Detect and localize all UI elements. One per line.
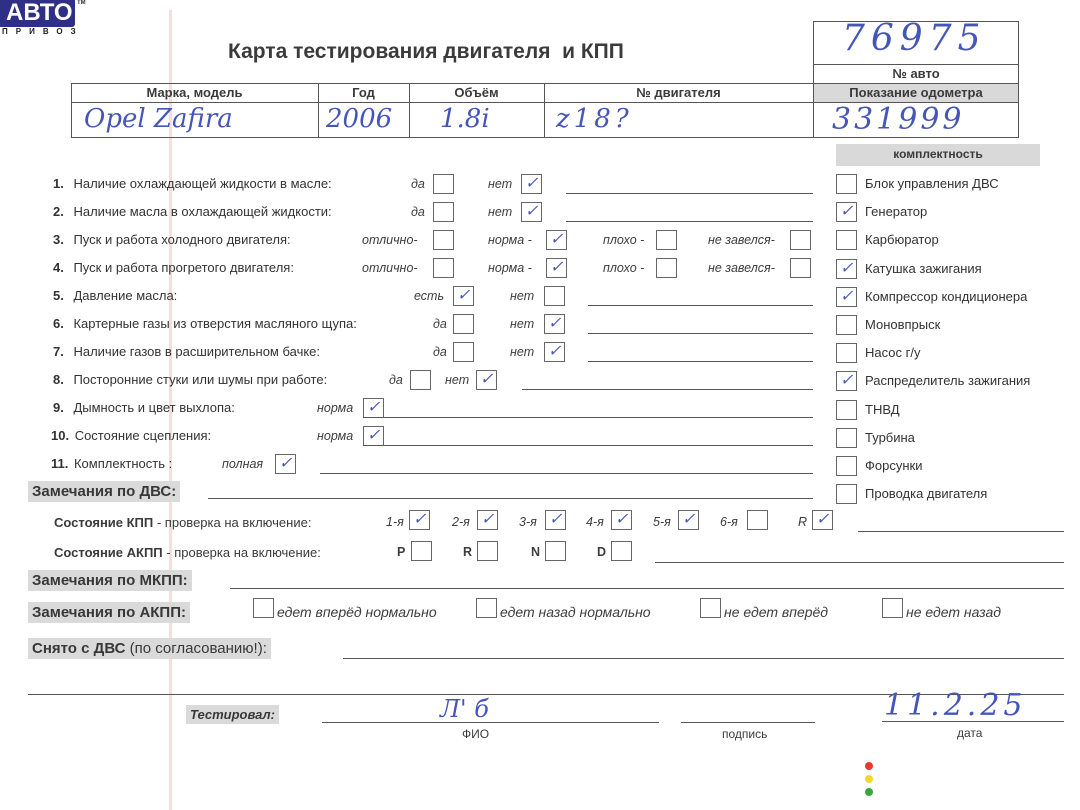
- date-value: 11.2.25: [884, 688, 1027, 723]
- completeness-item-label: Распределитель зажигания: [865, 373, 1030, 388]
- akpp-mode-label: D: [597, 545, 606, 559]
- gear-checkbox-7[interactable]: ✓: [812, 510, 833, 530]
- checklist-7-option-2[interactable]: ✓: [544, 342, 565, 362]
- checklist-3-option-2[interactable]: ✓: [546, 230, 567, 250]
- option-label: нет: [488, 177, 512, 191]
- check-mark-icon: ✓: [548, 341, 561, 360]
- check-mark-icon: ✓: [367, 397, 380, 416]
- checklist-item-number: 2.: [53, 204, 64, 219]
- odometer-value: 331999: [832, 102, 965, 137]
- gear-checkbox-5[interactable]: ✓: [678, 510, 699, 530]
- check-mark-icon: ✓: [525, 173, 538, 192]
- option-label: плохо -: [603, 233, 644, 247]
- option-label: не завелся-: [708, 233, 775, 247]
- checklist-2-option-2[interactable]: ✓: [521, 202, 542, 222]
- check-mark-icon: ✓: [367, 425, 380, 444]
- option-label: отлично-: [362, 233, 418, 247]
- checklist-item-label: Давление масла:: [70, 288, 177, 303]
- checklist-item-label: Пуск и работа холодного двигателя:: [70, 232, 291, 247]
- checklist-item-10: 10. Состояние сцепления:: [51, 428, 211, 443]
- checklist-item-2: 2. Наличие масла в охлаждающей жидкости:: [53, 204, 332, 219]
- completeness-checkbox-6[interactable]: [836, 315, 857, 335]
- checklist-item-3: 3. Пуск и работа холодного двигателя:: [53, 232, 291, 247]
- notes-line[interactable]: [566, 193, 813, 194]
- checklist-item-label: Комплектность :: [70, 456, 172, 471]
- checklist-item-11: 11. Комплектность :: [51, 456, 172, 471]
- checklist-item-number: 9.: [53, 400, 64, 415]
- option-label: полная: [222, 457, 263, 471]
- akpp-remark-checkbox-3[interactable]: [700, 598, 721, 618]
- tester-name-value: Л' б: [440, 695, 489, 723]
- completeness-item-label: Катушка зажигания: [865, 261, 982, 276]
- completeness-item-label: Форсунки: [865, 458, 922, 473]
- status-dot-red: [865, 762, 873, 770]
- remarks-engine-label: Замечания по ДВС:: [28, 481, 180, 502]
- car-number-label: № авто: [813, 66, 1019, 81]
- completeness-checkbox-10[interactable]: [836, 428, 857, 448]
- gear-checkbox-4[interactable]: ✓: [611, 510, 632, 530]
- completeness-item-label: Проводка двигателя: [865, 486, 987, 501]
- tested-by-label: Тестировал:: [186, 705, 279, 724]
- completeness-checkbox-8[interactable]: ✓: [836, 371, 857, 391]
- option-label: да: [433, 317, 447, 331]
- checklist-8-option-1[interactable]: [410, 370, 431, 390]
- column-make-model: Марка, модель: [71, 85, 318, 100]
- remarks-engine-line[interactable]: [208, 498, 813, 499]
- checklist-item-number: 11.: [51, 456, 68, 471]
- completeness-checkbox-11[interactable]: [836, 456, 857, 476]
- checklist-6-option-1[interactable]: [453, 314, 474, 334]
- option-label: да: [433, 345, 447, 359]
- checklist-item-label: Пуск и работа прогретого двигателя:: [70, 260, 294, 275]
- option-label: плохо -: [603, 261, 644, 275]
- completeness-item-label: Компрессор кондиционера: [865, 289, 1027, 304]
- akpp-remark-checkbox-1[interactable]: [253, 598, 274, 618]
- checklist-item-label: Наличие охлаждающей жидкости в масле:: [70, 176, 332, 191]
- completeness-checkbox-5[interactable]: ✓: [836, 287, 857, 307]
- completeness-checkbox-7[interactable]: [836, 343, 857, 363]
- kpp-label: Состояние КПП - проверка на включение:: [54, 515, 311, 530]
- checklist-3-option-3[interactable]: [656, 230, 677, 250]
- checklist-4-option-2[interactable]: ✓: [546, 258, 567, 278]
- checklist-1-option-2[interactable]: ✓: [521, 174, 542, 194]
- gear-label: 1-я: [386, 515, 404, 529]
- option-label: норма -: [488, 233, 532, 247]
- tester-name-line[interactable]: [322, 722, 659, 723]
- checklist-item-7: 7. Наличие газов в расширительном бачке:: [53, 344, 320, 359]
- notes-line[interactable]: [320, 473, 813, 474]
- checklist-item-5: 5. Давление масла:: [53, 288, 177, 303]
- gear-checkbox-3[interactable]: ✓: [545, 510, 566, 530]
- checklist-5-option-1[interactable]: ✓: [453, 286, 474, 306]
- checklist-7-option-1[interactable]: [453, 342, 474, 362]
- checklist-item-label: Посторонние стуки или шумы при работе:: [70, 372, 327, 387]
- akpp-mode-label: N: [531, 545, 540, 559]
- completeness-checkbox-9[interactable]: [836, 400, 857, 420]
- check-mark-icon: ✓: [550, 257, 563, 276]
- logo-tm: TM: [77, 0, 86, 6]
- checklist-10-option-1[interactable]: ✓: [363, 426, 384, 446]
- check-mark-icon: ✓: [457, 285, 470, 304]
- signature-line[interactable]: [681, 722, 815, 723]
- checklist-item-number: 8.: [53, 372, 64, 387]
- option-label: норма -: [488, 261, 532, 275]
- akpp-remark-label: не едет вперёд: [724, 604, 828, 620]
- remarks-mkpp-label: Замечания по МКПП:: [28, 570, 192, 591]
- checklist-item-6: 6. Картерные газы из отверстия масляного…: [53, 316, 357, 331]
- remarks-akpp-label: Замечания по АКПП:: [28, 602, 190, 623]
- gear-checkbox-1[interactable]: ✓: [409, 510, 430, 530]
- check-mark-icon: ✓: [840, 258, 853, 277]
- check-mark-icon: ✓: [682, 509, 695, 528]
- check-mark-icon: ✓: [840, 370, 853, 389]
- akpp-mode-label: P: [397, 545, 405, 559]
- option-label: да: [411, 177, 425, 191]
- completeness-title: комплектность: [836, 147, 1040, 161]
- logo-sub: ПРИВОЗ: [2, 27, 84, 36]
- checklist-item-number: 4.: [53, 260, 64, 275]
- completeness-checkbox-2[interactable]: ✓: [836, 202, 857, 222]
- notes-line[interactable]: [566, 221, 813, 222]
- checklist-5-option-2[interactable]: [544, 286, 565, 306]
- akpp-remark-checkbox-2[interactable]: [476, 598, 497, 618]
- checklist-8-option-2[interactable]: ✓: [476, 370, 497, 390]
- removed-line[interactable]: [343, 658, 1064, 659]
- engine-no-value: z18?: [556, 104, 633, 134]
- completeness-item-label: Насос г/у: [865, 345, 920, 360]
- option-label: норма: [317, 429, 353, 443]
- check-mark-icon: ✓: [615, 509, 628, 528]
- check-mark-icon: ✓: [525, 201, 538, 220]
- checklist-item-1: 1. Наличие охлаждающей жидкости в масле:: [53, 176, 332, 191]
- akpp-mode-label: R: [463, 545, 472, 559]
- completeness-checkbox-4[interactable]: ✓: [836, 259, 857, 279]
- notes-line[interactable]: [588, 305, 813, 306]
- gear-label: 3-я: [519, 515, 537, 529]
- completeness-item-label: Блок управления ДВС: [865, 176, 999, 191]
- option-label: нет: [510, 345, 534, 359]
- column-engine-no: № двигателя: [544, 85, 813, 100]
- completeness-item-label: Карбюратор: [865, 232, 939, 247]
- car-number-value: 76975: [842, 18, 987, 59]
- check-mark-icon: ✓: [481, 509, 494, 528]
- option-label: отлично-: [362, 261, 418, 275]
- notes-line[interactable]: [522, 389, 813, 390]
- option-label: нет: [445, 373, 469, 387]
- check-mark-icon: ✓: [550, 229, 563, 248]
- checklist-4-option-1[interactable]: [433, 258, 454, 278]
- completeness-checkbox-1[interactable]: [836, 174, 857, 194]
- gear-checkbox-2[interactable]: ✓: [477, 510, 498, 530]
- checklist-1-option-1[interactable]: [433, 174, 454, 194]
- volume-value: 1.8i: [440, 104, 490, 134]
- status-dot-yellow: [865, 775, 873, 783]
- check-mark-icon: ✓: [549, 509, 562, 528]
- checklist-item-number: 1.: [53, 176, 64, 191]
- check-mark-icon: ✓: [279, 453, 292, 472]
- gear-label: 5-я: [653, 515, 671, 529]
- checklist-item-number: 3.: [53, 232, 64, 247]
- akpp-mode-checkbox-3[interactable]: [545, 541, 566, 561]
- check-mark-icon: ✓: [413, 509, 426, 528]
- gear-label: R: [798, 515, 807, 529]
- akpp-notes-line[interactable]: [655, 562, 1064, 563]
- completeness-item-label: Генератор: [865, 204, 927, 219]
- gear-checkbox-6[interactable]: [747, 510, 768, 530]
- tester-name-caption: ФИО: [462, 727, 489, 741]
- checklist-item-label: Наличие масла в охлаждающей жидкости:: [70, 204, 332, 219]
- checklist-item-number: 10.: [51, 428, 69, 443]
- year-value: 2006: [326, 104, 392, 134]
- akpp-remark-checkbox-4[interactable]: [882, 598, 903, 618]
- column-year: Год: [318, 85, 409, 100]
- logo-brand: АВТО: [6, 0, 72, 27]
- signature-caption: подпись: [722, 727, 767, 741]
- checklist-4-option-4[interactable]: [790, 258, 811, 278]
- check-mark-icon: ✓: [548, 313, 561, 332]
- completeness-item-label: Турбина: [865, 430, 915, 445]
- checklist-item-number: 7.: [53, 344, 64, 359]
- column-odometer: Показание одометра: [813, 85, 1019, 100]
- checklist-item-9: 9. Дымность и цвет выхлопа:: [53, 400, 235, 415]
- checklist-item-number: 6.: [53, 316, 64, 331]
- gear-label: 4-я: [586, 515, 604, 529]
- notes-line[interactable]: [363, 417, 813, 418]
- notes-line[interactable]: [588, 333, 813, 334]
- check-mark-icon: ✓: [816, 509, 829, 528]
- akpp-remark-label: едет вперёд нормально: [277, 604, 437, 620]
- date-caption: дата: [957, 726, 982, 740]
- checklist-3-option-4[interactable]: [790, 230, 811, 250]
- removed-label: Снято с ДВС (по согласованию!):: [28, 638, 271, 659]
- checklist-item-label: Дымность и цвет выхлопа:: [70, 400, 235, 415]
- check-mark-icon: ✓: [840, 286, 853, 305]
- akpp-mode-checkbox-4[interactable]: [611, 541, 632, 561]
- akpp-mode-checkbox-2[interactable]: [477, 541, 498, 561]
- status-dot-green: [865, 788, 873, 796]
- akpp-label: Состояние АКПП - проверка на включение:: [54, 545, 321, 560]
- option-label: да: [411, 205, 425, 219]
- option-label: норма: [317, 401, 353, 415]
- gear-label: 6-я: [720, 515, 738, 529]
- checklist-6-option-2[interactable]: ✓: [544, 314, 565, 334]
- option-label: нет: [510, 317, 534, 331]
- column-volume: Объём: [409, 85, 544, 100]
- checklist-4-option-3[interactable]: [656, 258, 677, 278]
- checklist-2-option-1[interactable]: [433, 202, 454, 222]
- notes-line[interactable]: [588, 361, 813, 362]
- checklist-item-4: 4. Пуск и работа прогретого двигателя:: [53, 260, 294, 275]
- checklist-item-8: 8. Посторонние стуки или шумы при работе…: [53, 372, 327, 387]
- completeness-item-label: ТНВД: [865, 402, 900, 417]
- page-title: Карта тестирования двигателя и КПП: [228, 40, 624, 64]
- kpp-notes-line[interactable]: [858, 531, 1064, 532]
- remarks-mkpp-line[interactable]: [230, 588, 1064, 589]
- checklist-9-option-1[interactable]: ✓: [363, 398, 384, 418]
- make-model-value: Opel Zafira: [84, 104, 233, 134]
- option-label: есть: [414, 289, 444, 303]
- check-mark-icon: ✓: [840, 201, 853, 220]
- check-mark-icon: ✓: [480, 369, 493, 388]
- option-label: нет: [488, 205, 512, 219]
- option-label: не завелся-: [708, 261, 775, 275]
- gear-label: 2-я: [452, 515, 470, 529]
- completeness-checkbox-3[interactable]: [836, 230, 857, 250]
- completeness-item-label: Моновпрыск: [865, 317, 940, 332]
- akpp-mode-checkbox-1[interactable]: [411, 541, 432, 561]
- akpp-remark-label: едет назад нормально: [500, 604, 651, 620]
- option-label: нет: [510, 289, 534, 303]
- checklist-item-label: Картерные газы из отверстия масляного щу…: [70, 316, 357, 331]
- checklist-item-label: Наличие газов в расширительном бачке:: [70, 344, 320, 359]
- completeness-checkbox-12[interactable]: [836, 484, 857, 504]
- option-label: да: [389, 373, 403, 387]
- akpp-remark-label: не едет назад: [906, 604, 1001, 620]
- checklist-3-option-1[interactable]: [433, 230, 454, 250]
- checklist-11-option-1[interactable]: ✓: [275, 454, 296, 474]
- notes-line[interactable]: [363, 445, 813, 446]
- checklist-item-number: 5.: [53, 288, 64, 303]
- checklist-item-label: Состояние сцепления:: [71, 428, 211, 443]
